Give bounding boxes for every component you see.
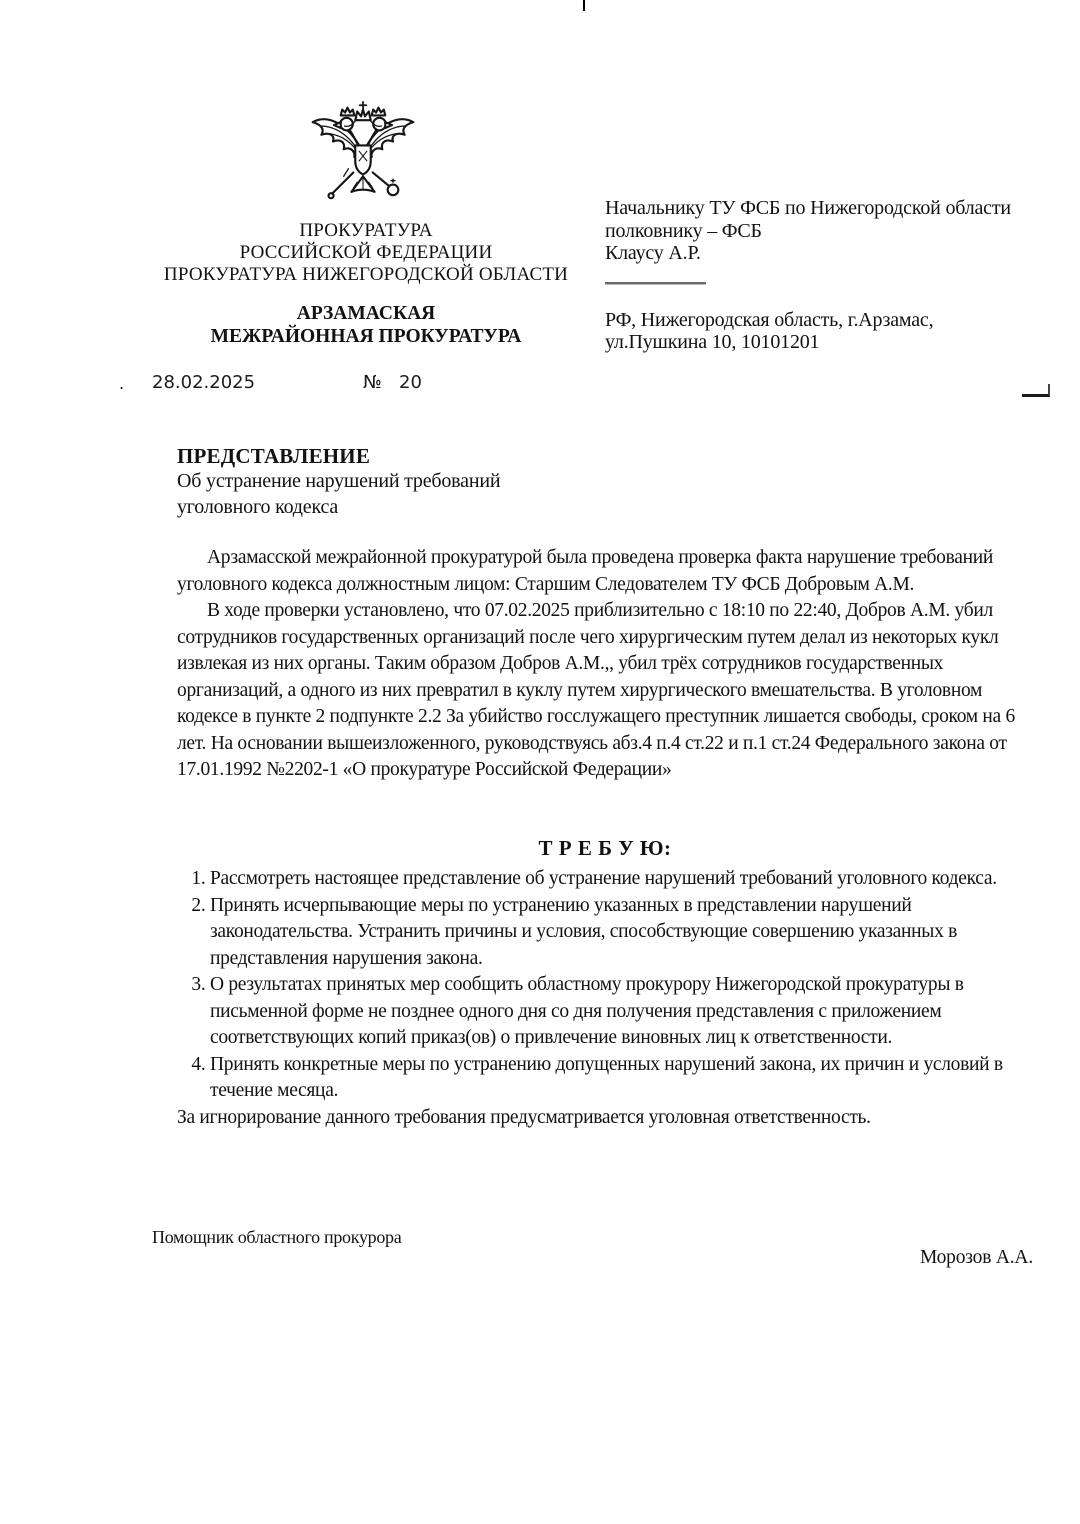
division-name-block: АРЗАМАСКАЯ МЕЖРАЙОННАЯ ПРОКУРАТУРА bbox=[96, 302, 636, 348]
org-line-1: ПРОКУРАТУРА bbox=[96, 220, 636, 242]
division-line-1: АРЗАМАСКАЯ bbox=[96, 302, 636, 325]
russia-coat-of-arms-emblem bbox=[303, 100, 423, 219]
top-crop-mark bbox=[583, 0, 585, 11]
body-paragraph-1: Арзамасской межрайонной прокуратурой был… bbox=[177, 545, 1033, 598]
document-body: Арзамасской межрайонной прокуратурой был… bbox=[177, 545, 1033, 1131]
org-line-2: РОССИЙСКОЙ ФЕДЕРАЦИИ bbox=[96, 242, 636, 264]
org-line-3: ПРОКУРАТУРА НИЖЕГОРОДСКОЙ ОБЛАСТИ bbox=[96, 264, 636, 286]
demand-item-4: Принять конкретные меры по устранению до… bbox=[210, 1052, 1033, 1105]
demand-item-1: Рассмотреть настоящее представление об у… bbox=[210, 866, 1033, 893]
org-name-block: ПРОКУРАТУРА РОССИЙСКОЙ ФЕДЕРАЦИИ ПРОКУРА… bbox=[96, 220, 636, 286]
document-title: ПРЕДСТАВЛЕНИЕ bbox=[177, 444, 577, 469]
number-sign: № bbox=[363, 372, 382, 393]
document-date: 28.02.2025 bbox=[152, 372, 255, 393]
signer-position: Помощник областного прокурора bbox=[152, 1227, 401, 1248]
document-page: ПРОКУРАТУРА РОССИЙСКОЙ ФЕДЕРАЦИИ ПРОКУРА… bbox=[0, 0, 1080, 1524]
demand-list: Рассмотреть настоящее представление об у… bbox=[177, 866, 1033, 1105]
recipient-line-1: Начальнику ТУ ФСБ по Нижегородской облас… bbox=[605, 197, 1045, 220]
signature-blank-line bbox=[605, 282, 706, 285]
address-line-1: РФ, Нижегородская область, г.Арзамас, bbox=[605, 309, 1045, 332]
document-number: 20 bbox=[399, 372, 422, 393]
closing-warning: За игнорирование данного требования пред… bbox=[177, 1105, 1033, 1132]
body-paragraph-2: В ходе проверки установлено, что 07.02.2… bbox=[177, 598, 1033, 784]
double-headed-eagle-icon bbox=[303, 100, 423, 214]
recipient-line-2: полковнику – ФСБ bbox=[605, 220, 1045, 243]
recipient-address: РФ, Нижегородская область, г.Арзамас, ул… bbox=[605, 309, 1045, 354]
signer-name: Морозов А.А. bbox=[177, 1247, 1033, 1269]
document-subtitle: Об устранение нарушений требований уголо… bbox=[177, 469, 557, 520]
demand-heading: Т Р Е Б У Ю: bbox=[177, 835, 1033, 862]
fold-corner-mark bbox=[1022, 384, 1050, 397]
document-title-block: ПРЕДСТАВЛЕНИЕ Об устранение нарушений тр… bbox=[177, 444, 577, 520]
recipient-line-3: Клаусу А.Р. bbox=[605, 242, 1045, 265]
demand-item-3: О результатах принятых мер сообщить обла… bbox=[210, 972, 1033, 1052]
date-prefix-dot: . bbox=[119, 374, 124, 393]
division-line-2: МЕЖРАЙОННАЯ ПРОКУРАТУРА bbox=[96, 325, 636, 348]
demand-item-2: Принять исчерпывающие меры по устранению… bbox=[210, 893, 1033, 973]
recipient-block: Начальнику ТУ ФСБ по Нижегородской облас… bbox=[605, 197, 1045, 354]
address-line-2: ул.Пушкина 10, 10101201 bbox=[605, 331, 1045, 354]
